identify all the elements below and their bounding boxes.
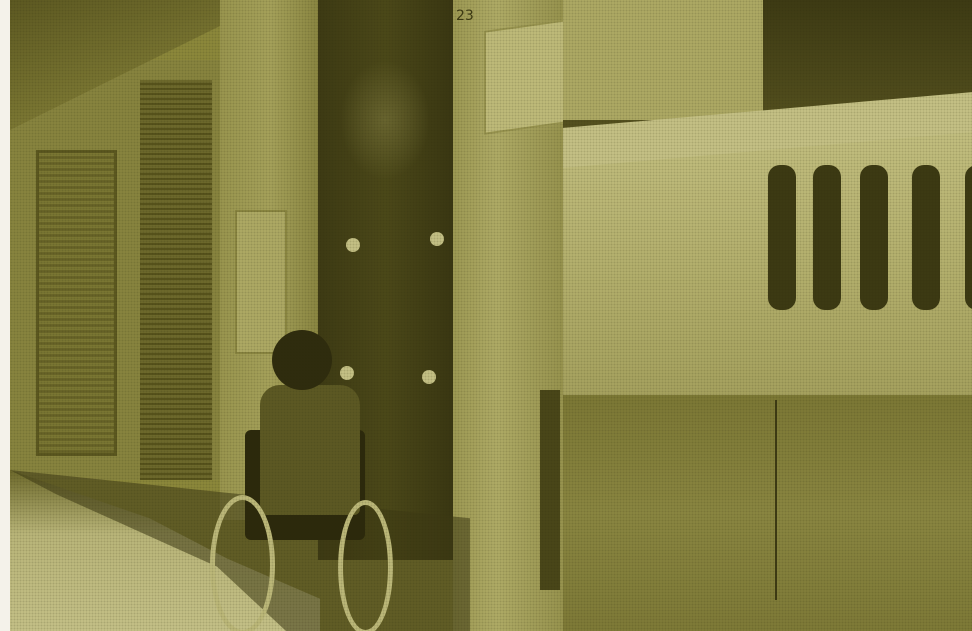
photograph: 23 A person seated in a wheelchair faces… [10,0,972,631]
baluster-opening [912,165,940,310]
baluster-opening [860,165,888,310]
person-torso [260,385,360,515]
lower-wall [563,395,972,631]
door-knob-icon [340,366,354,380]
paper-margin [0,0,10,631]
roller-shutter [140,80,212,480]
pillar-panel [235,210,287,354]
wheelchair-wheel [338,500,393,631]
person-head [272,330,332,390]
upper-wall-light [563,0,763,120]
baluster-opening [813,165,841,310]
baluster-opening [965,165,972,310]
door-handle-icon [430,232,444,246]
house-number: 23 [456,8,474,24]
shop-door-grille [36,150,117,456]
baluster-opening [768,165,796,310]
wheelchair-wheel [210,495,275,631]
door-handle-icon [346,238,360,252]
door-reflection [340,60,430,180]
door-knob-icon [422,370,436,384]
pillar-shadow [540,390,560,590]
wall-crack [775,400,777,600]
